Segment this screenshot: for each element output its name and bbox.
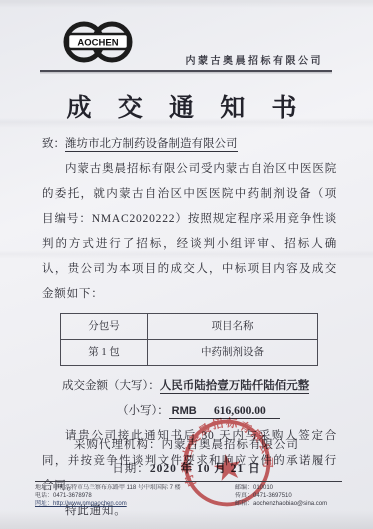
table-header-lot: 分包号 xyxy=(61,314,148,340)
document-title: 成 交 通 知 书 xyxy=(0,88,373,124)
amount-lower-value: RMB 616,600.00 xyxy=(169,405,280,419)
footer-address: 地址：呼和浩特市乌兰察布东路甲 118 号中垠国际 7 楼 xyxy=(35,484,235,492)
table-row: 第 1 包 中药制剂设备 xyxy=(61,340,318,366)
footer-left-column: 地址：呼和浩特市乌兰察布东路甲 118 号中垠国际 7 楼 电话：0471-36… xyxy=(35,484,235,508)
amount-upper-label: 成交金额（大写）： xyxy=(62,380,160,392)
amount-upper-value: 人民币陆拾壹万陆仟陆佰元整 xyxy=(160,380,310,394)
lot-table: 分包号 项目名称 第 1 包 中药制剂设备 xyxy=(60,313,318,366)
body-paragraph-1: 内蒙古奥晨招标有限公司受内蒙古自治区中医医院的委托，就内蒙古自治区中医医院中药制… xyxy=(42,157,337,307)
document-footer: 地址：呼和浩特市乌兰察布东路甲 118 号中垠国际 7 楼 电话：0471-36… xyxy=(35,481,342,508)
agency-line: 采购代理机构：内蒙古奥晨招标有限公司 xyxy=(0,436,373,452)
footer-phone: 电话：0471-3678978 xyxy=(35,492,235,500)
header-divider xyxy=(40,70,332,72)
footer-fax: 传真：0471-3697510 xyxy=(235,492,342,500)
agency-name: 内蒙古奥晨招标有限公司 xyxy=(162,439,300,451)
table-cell-lot: 第 1 包 xyxy=(61,340,148,366)
header-company-name: 内蒙古奥晨招标有限公司 xyxy=(186,52,324,67)
table-cell-project: 中药制剂设备 xyxy=(148,340,318,366)
logo-text: AOCHEN xyxy=(77,38,118,49)
document-header: AOCHEN 内蒙古奥晨招标有限公司 xyxy=(0,0,373,76)
amount-lower-line: （小写）： RMB 616,600.00 xyxy=(117,399,337,424)
recipient-name: 潍坊市北方制药设备制造有限公司 xyxy=(65,138,238,152)
currency-code: RMB xyxy=(172,405,197,417)
signature-block: 采购代理机构：内蒙古奥晨招标有限公司 日期：2020 年 10 月 21 日 xyxy=(0,436,373,476)
scanned-notice-document: AOCHEN 内蒙古奥晨招标有限公司 成 交 通 知 书 致：潍坊市北方制药设备… xyxy=(0,0,373,529)
recipient-label: 致： xyxy=(42,138,65,150)
recipient-line: 致：潍坊市北方制药设备制造有限公司 xyxy=(42,132,337,157)
amount-lower-label: （小写）： xyxy=(117,405,169,417)
agency-label: 采购代理机构： xyxy=(74,439,162,451)
date-line: 日期：2020 年 10 月 21 日 xyxy=(0,460,373,476)
footer-email: 邮箱：aochenzhaobiao@sina.com xyxy=(235,500,342,508)
footer-right-column: 邮编：010010 传真：0471-3697510 邮箱：aochenzhaob… xyxy=(235,484,342,508)
table-header-project: 项目名称 xyxy=(148,314,318,340)
amount-upper-line: 成交金额（大写）：人民币陆拾壹万陆仟陆佰元整 xyxy=(62,374,337,399)
date-value: 2020 年 10 月 21 日 xyxy=(150,463,261,475)
footer-postcode: 邮编：010010 xyxy=(235,484,342,492)
date-label: 日期： xyxy=(112,463,150,475)
table-header-row: 分包号 项目名称 xyxy=(61,314,318,340)
footer-website: 网址：http://www.nmgaochen.com xyxy=(35,500,235,508)
amount-figure: 616,600.00 xyxy=(214,405,266,417)
aochen-logo-icon: AOCHEN xyxy=(56,19,142,70)
